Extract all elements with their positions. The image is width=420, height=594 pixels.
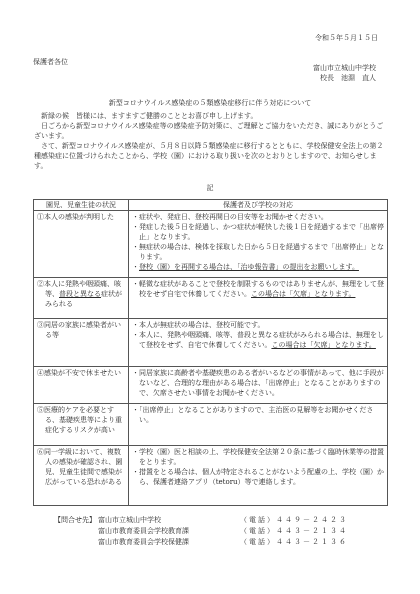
response-item: ・軽微な症状があることで登校を制限するものではありませんが、無理をして登校をせず… xyxy=(132,279,384,299)
contact-org: 富山市立城山中学校 xyxy=(98,515,240,526)
response-item: ・「出席停止」となることがありますので、主治医の見解等をお聞かせください。 xyxy=(132,405,384,425)
contact-tel: （電話）４４３－２１３４ xyxy=(240,526,390,537)
response-cell: ・学校（園）医と相談の上、学校保健安全法第２０条に基づく臨時休業等の措置をとりま… xyxy=(129,446,388,506)
response-item: ・同居家族に高齢者や基礎疾患のある者がいるなどの事情があって、他に手段がないなど… xyxy=(132,368,384,398)
response-cell: ・「出席停止」となることがありますので、主治医の見解等をお聞かせください。 xyxy=(129,404,388,446)
contact-org: 富山市教育委員会学校保健課 xyxy=(98,537,240,548)
table-row: ④感染が不安で休ませたい ・同居家族に高齢者や基礎疾患のある者がいるなどの事情が… xyxy=(34,367,388,404)
contact-tel: （電話）４４３－２１３６ xyxy=(240,537,390,548)
header-response: 保護者及び学校の対応 xyxy=(129,200,388,211)
body-paragraph: 日ごろから新型コロナウイルス感染症等の感染症予防対策に、ご理解とご協力をいただき… xyxy=(34,121,389,141)
response-table: 園児、児童生徒の状況 保護者及び学校の対応 ①本人の感染が判明した ・症状や、発… xyxy=(33,199,388,506)
response-item: ・本人に、発熱や咽頭痛、咳等、普段と異なる症状がみられる場合は、無理をして登校を… xyxy=(132,330,384,350)
document-title: 新型コロナウイルス感染症の５類感染症移行に伴う対応について xyxy=(0,98,420,108)
response-item: ・本人が無症状の場合は、登校可能です。 xyxy=(132,320,384,330)
table-row: ①本人の感染が判明した ・症状や、発症日、登校再開日の目安等をお聞かせください。… xyxy=(34,211,388,278)
response-cell: ・本人が無症状の場合は、登校可能です。 ・本人に、発熱や咽頭痛、咳等、普段と異な… xyxy=(129,319,388,367)
body-paragraph: 新緑の候 皆様には、ますますご健勝のこととお喜び申し上げます。 xyxy=(34,111,389,121)
header-situation: 園児、児童生徒の状況 xyxy=(34,200,129,211)
contact-tel: （電話）４４９－２４２３ xyxy=(240,515,390,526)
response-item: ・無症状の場合は、検体を採取した日から５日を経過するまで「出席停止」となります。 xyxy=(132,242,384,262)
response-item: ・学校（園）医と相談の上、学校保健安全法第２０条に基づく臨時休業等の措置をとりま… xyxy=(132,447,384,467)
contact-org: 富山市教育委員会学校教育課 xyxy=(98,526,240,537)
situation-cell: ④感染が不安で休ませたい xyxy=(34,367,129,404)
situation-cell: ③同居の家族に感染者がいる等 xyxy=(34,319,129,367)
response-cell: ・軽微な症状があることで登校を制限するものではありませんが、無理をして登校をせず… xyxy=(129,278,388,319)
contact-row: 富山市教育委員会学校教育課 （電話）４４３－２１３４ xyxy=(54,526,394,537)
ki-heading: 記 xyxy=(0,183,420,193)
situation-cell: ②本人に発熱や咽頭痛、咳等、普段と異なる症状がみられる xyxy=(34,278,129,319)
response-item: ・登校（園）を再開する場合は、「治ゆ報告書」の提出をお願いします。 xyxy=(132,262,384,272)
response-item: ・発症した後５日を経過し、かつ症状が軽快した後１日を経過するまで「出席停止」とな… xyxy=(132,222,384,242)
document-date: 令和５年５月１５日 xyxy=(315,33,378,43)
table-row: ⑥同一学級において、複数人の感染が確認され、園児、児童生徒間で感染が広がっている… xyxy=(34,446,388,506)
body-paragraph: さて、新型コロナウイルス感染症が、５月８日以降５類感染症に移行するとともに、学校… xyxy=(34,141,389,171)
contact-label: 【問合せ先】 xyxy=(54,515,98,526)
contact-row: 【問合せ先】 富山市立城山中学校 （電話）４４９－２４２３ xyxy=(54,515,394,526)
addressee: 保護者各位 xyxy=(33,57,68,67)
situation-cell: ①本人の感染が判明した xyxy=(34,211,129,278)
situation-cell: ⑥同一学級において、複数人の感染が確認され、園児、児童生徒間で感染が広がっている… xyxy=(34,446,129,506)
sender-principal: 校長 池淵 直人 xyxy=(320,73,376,83)
table-header-row: 園児、児童生徒の状況 保護者及び学校の対応 xyxy=(34,200,388,211)
table-row: ⑤医療的ケアを必要とする、基礎疾患等により重症化するリスクが高い ・「出席停止」… xyxy=(34,404,388,446)
response-cell: ・症状や、発症日、登校再開日の目安等をお聞かせください。 ・発症した後５日を経過… xyxy=(129,211,388,278)
response-item: ・措置をとる場合は、個人が特定されることがないよう配慮の上、学校（園）から、保護… xyxy=(132,467,384,487)
sender-school: 富山市立城山中学校 xyxy=(313,63,376,73)
table-row: ②本人に発熱や咽頭痛、咳等、普段と異なる症状がみられる ・軽微な症状があることで… xyxy=(34,278,388,319)
situation-cell: ⑤医療的ケアを必要とする、基礎疾患等により重症化するリスクが高い xyxy=(34,404,129,446)
contact-section: 【問合せ先】 富山市立城山中学校 （電話）４４９－２４２３ 富山市教育委員会学校… xyxy=(54,515,394,548)
response-cell: ・同居家族に高齢者や基礎疾患のある者がいるなどの事情があって、他に手段がないなど… xyxy=(129,367,388,404)
body-text: 新緑の候 皆様には、ますますご健勝のこととお喜び申し上げます。 日ごろから新型コ… xyxy=(34,111,389,171)
response-item: ・症状や、発症日、登校再開日の目安等をお聞かせください。 xyxy=(132,212,384,222)
contact-row: 富山市教育委員会学校保健課 （電話）４４３－２１３６ xyxy=(54,537,394,548)
table-row: ③同居の家族に感染者がいる等 ・本人が無症状の場合は、登校可能です。 ・本人に、… xyxy=(34,319,388,367)
